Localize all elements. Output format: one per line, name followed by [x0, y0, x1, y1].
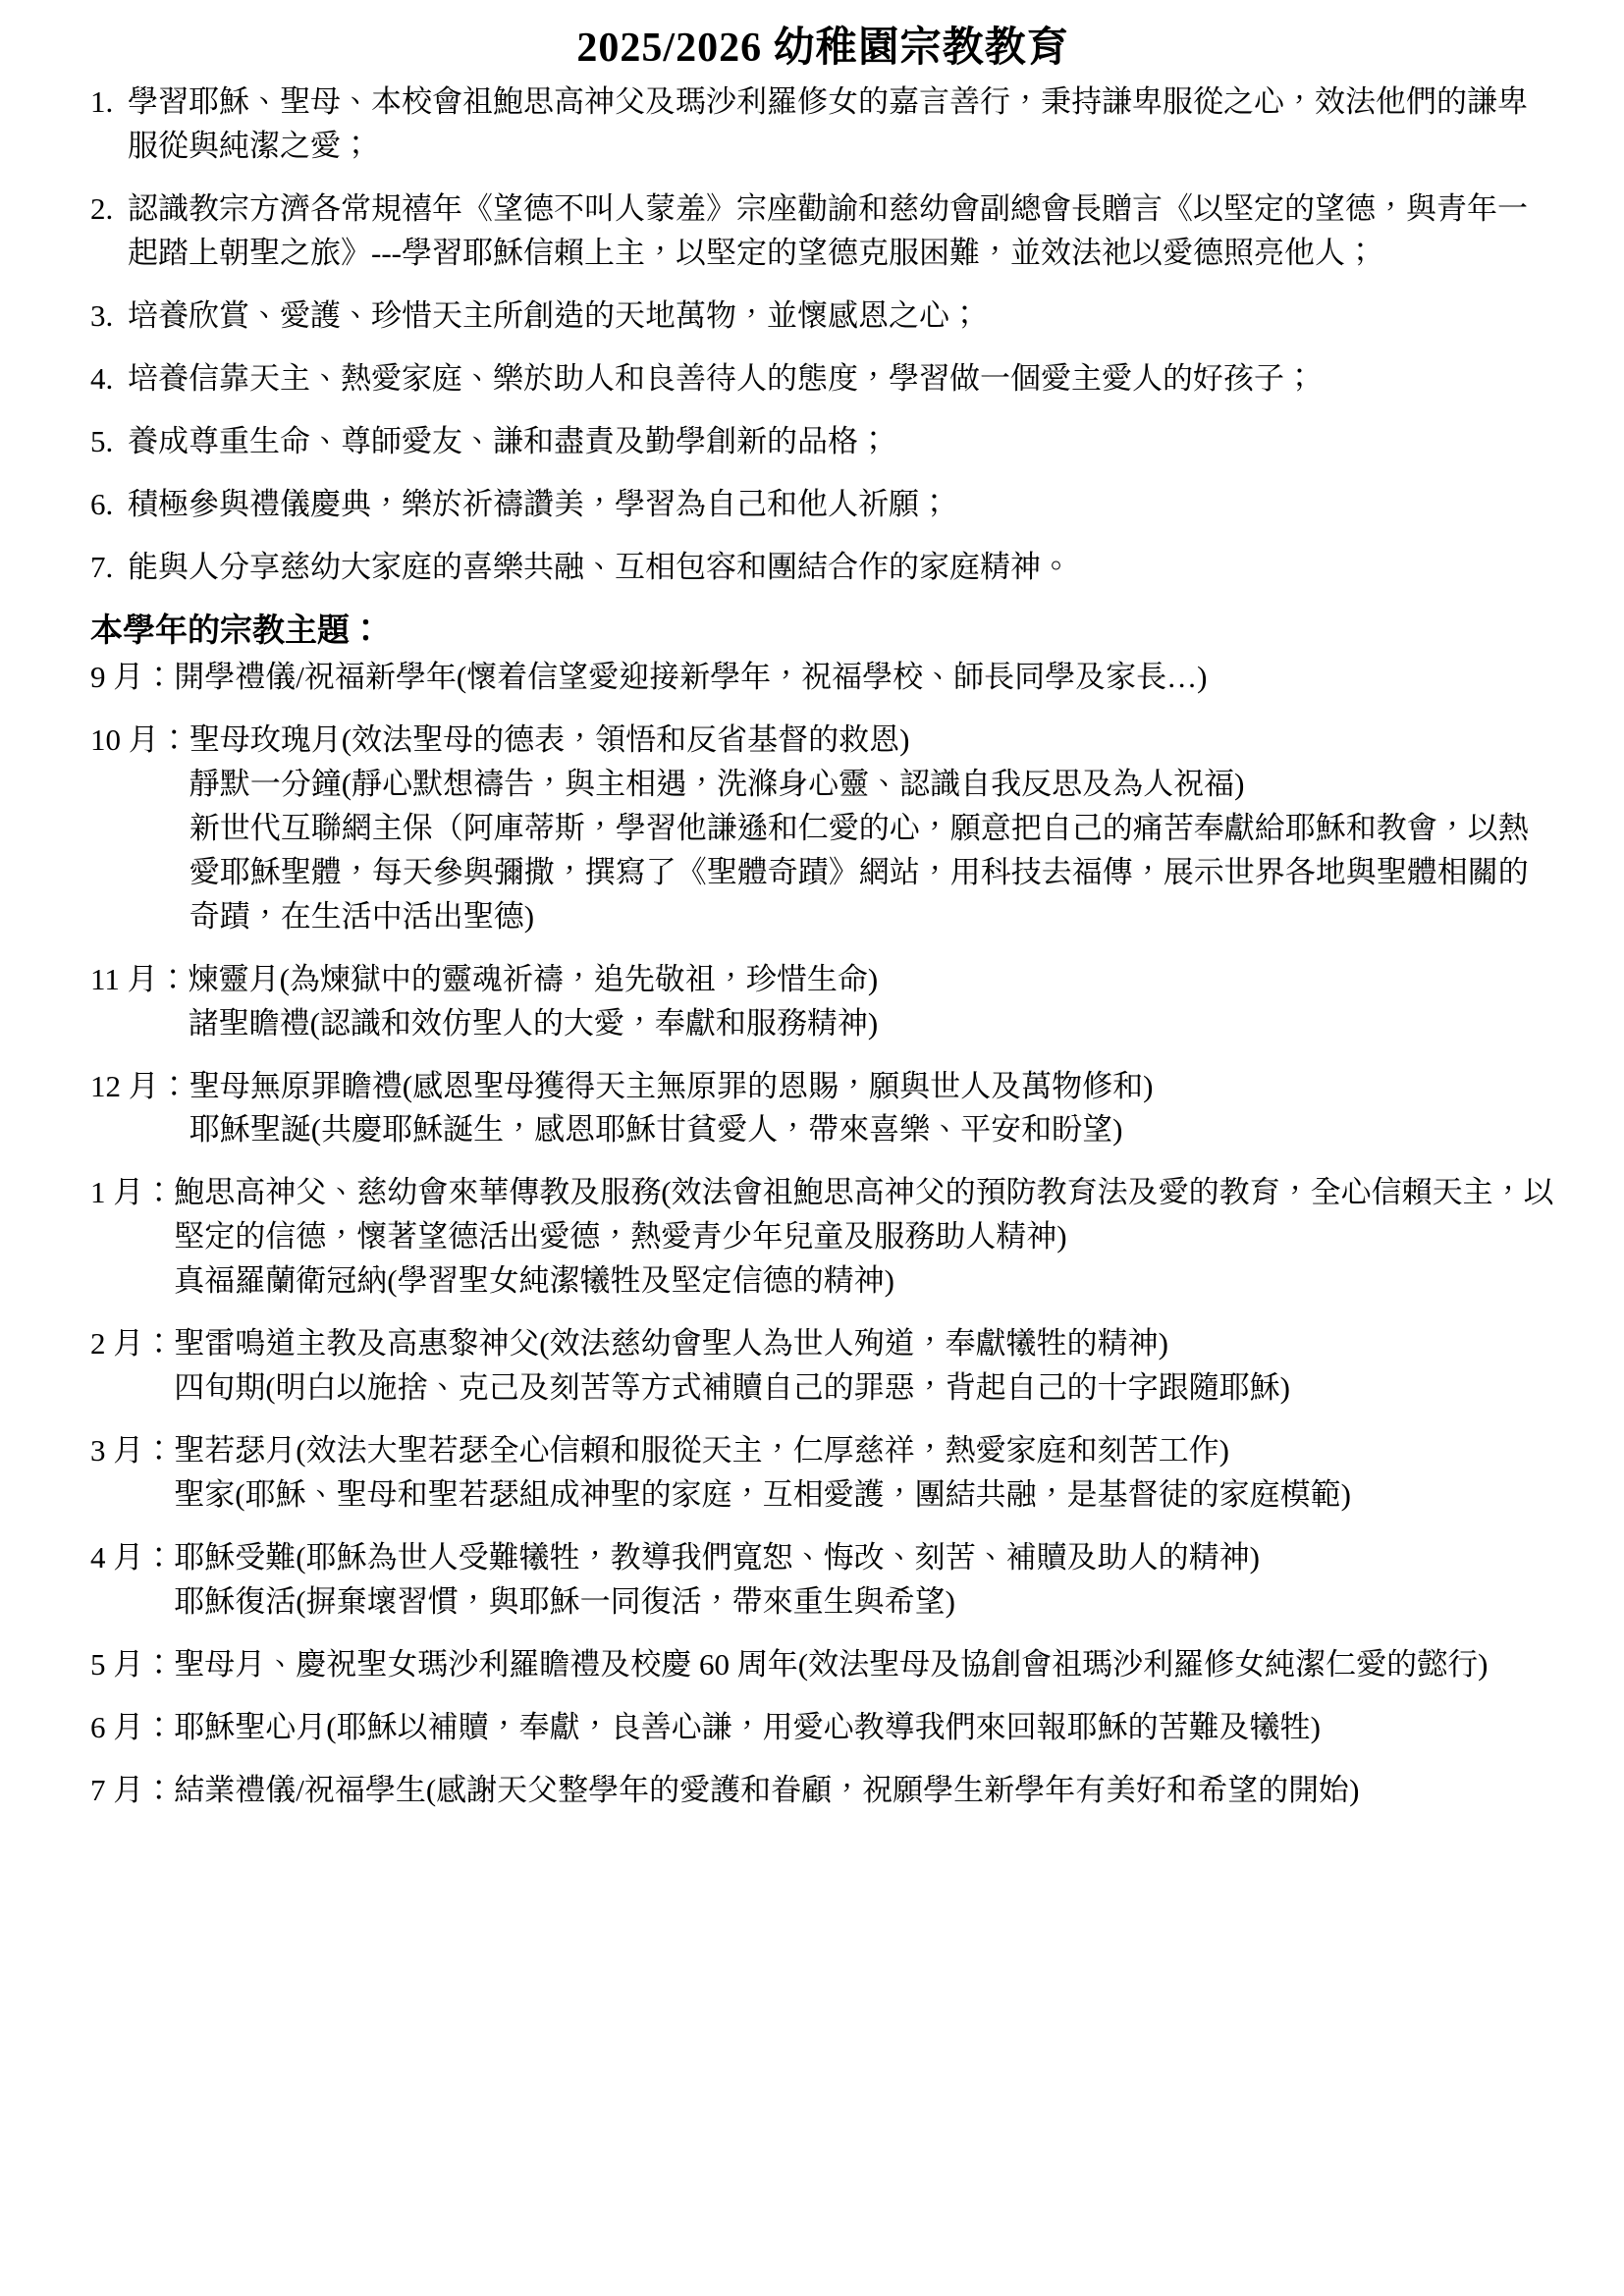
month-entry: 12 月：聖母無原罪瞻禮(感恩聖母獲得天主無原罪的恩賜，願與世人及萬物修和)耶穌… — [90, 1065, 1555, 1153]
objective-text: 學習耶穌、聖母、本校會祖鮑思高神父及瑪沙利羅修女的嘉言善行，秉持謙卑服從之心，效… — [128, 80, 1555, 169]
month-topic: 耶穌復活(摒棄壞習慣，與耶穌一同復活，帶來重生與希望) — [174, 1580, 1555, 1625]
month-topics: 開學禮儀/祝福新學年(懷着信望愛迎接新學年，祝福學校、師長同學及家長…) — [174, 656, 1555, 700]
monthly-themes-list: 9 月：開學禮儀/祝福新學年(懷着信望愛迎接新學年，祝福學校、師長同學及家長…)… — [90, 656, 1555, 1813]
month-label: 6 月： — [90, 1706, 174, 1750]
month-label: 4 月： — [90, 1536, 174, 1580]
month-entry: 7 月：結業禮儀/祝福學生(感謝天父整學年的愛護和眷顧，祝願學生新學年有美好和希… — [90, 1769, 1555, 1813]
objective-item: 3.培養欣賞、愛護、珍惜天主所創造的天地萬物，並懷感恩之心； — [90, 294, 1555, 339]
document-page: 2025/2026 幼稚園宗教教育 1.學習耶穌、聖母、本校會祖鮑思高神父及瑪沙… — [0, 0, 1624, 2296]
objective-item: 2.認識教宗方濟各常規禧年《望德不叫人蒙羞》宗座勸諭和慈幼會副總會長贈言《以堅定… — [90, 187, 1555, 276]
objective-number: 1. — [90, 80, 128, 125]
month-entry: 3 月：聖若瑟月(效法大聖若瑟全心信賴和服從天主，仁厚慈祥，熱愛家庭和刻苦工作)… — [90, 1429, 1555, 1518]
objective-item: 4.培養信靠天主、熱愛家庭、樂於助人和良善待人的態度，學習做一個愛主愛人的好孩子… — [90, 357, 1555, 401]
month-entry: 11 月：煉靈月(為煉獄中的靈魂祈禱，追先敬祖，珍惜生命)諸聖瞻禮(認識和效仿聖… — [90, 958, 1555, 1046]
themes-section-header: 本學年的宗教主題： — [90, 609, 1555, 654]
month-entry: 9 月：開學禮儀/祝福新學年(懷着信望愛迎接新學年，祝福學校、師長同學及家長…) — [90, 656, 1555, 700]
objective-item: 6.積極參與禮儀慶典，樂於祈禱讚美，學習為自己和他人祈願； — [90, 483, 1555, 527]
objective-item: 7.能與人分享慈幼大家庭的喜樂共融、互相包容和團結合作的家庭精神。 — [90, 546, 1555, 590]
objective-number: 3. — [90, 294, 128, 339]
month-topic: 煉靈月(為煉獄中的靈魂祈禱，追先敬祖，珍惜生命) — [189, 958, 1555, 1002]
objective-number: 7. — [90, 546, 128, 590]
objective-text: 培養欣賞、愛護、珍惜天主所創造的天地萬物，並懷感恩之心； — [128, 294, 1555, 339]
month-topic: 聖雷鳴道主教及高惠黎神父(效法慈幼會聖人為世人殉道，奉獻犧牲的精神) — [174, 1322, 1555, 1366]
month-topic: 耶穌聖心月(耶穌以補贖，奉獻，良善心謙，用愛心教導我們來回報耶穌的苦難及犧牲) — [174, 1706, 1555, 1750]
month-topic: 靜默一分鐘(靜心默想禱告，與主相遇，洗滌身心靈、認識自我反思及為人祝福) — [189, 763, 1555, 807]
objective-text: 養成尊重生命、尊師愛友、謙和盡責及勤學創新的品格； — [128, 420, 1555, 464]
month-entry: 1 月：鮑思高神父、慈幼會來華傳教及服務(效法會祖鮑思高神父的預防教育法及愛的教… — [90, 1171, 1555, 1304]
month-topic: 四旬期(明白以施捨、克己及刻苦等方式補贖自己的罪惡，背起自己的十字跟隨耶穌) — [174, 1366, 1555, 1411]
month-label: 5 月： — [90, 1643, 174, 1687]
month-topics: 聖若瑟月(效法大聖若瑟全心信賴和服從天主，仁厚慈祥，熱愛家庭和刻苦工作)聖家(耶… — [174, 1429, 1555, 1518]
month-topic: 聖若瑟月(效法大聖若瑟全心信賴和服從天主，仁厚慈祥，熱愛家庭和刻苦工作) — [174, 1429, 1555, 1473]
month-topics: 聖母無原罪瞻禮(感恩聖母獲得天主無原罪的恩賜，願與世人及萬物修和)耶穌聖誕(共慶… — [189, 1065, 1555, 1153]
month-topic: 聖母玫瑰月(效法聖母的德表，領悟和反省基督的救恩) — [189, 719, 1555, 763]
objective-number: 2. — [90, 187, 128, 232]
page-title: 2025/2026 幼稚園宗教教育 — [90, 24, 1555, 73]
month-topic: 鮑思高神父、慈幼會來華傳教及服務(效法會祖鮑思高神父的預防教育法及愛的教育，全心… — [174, 1171, 1555, 1259]
month-topics: 結業禮儀/祝福學生(感謝天父整學年的愛護和眷顧，祝願學生新學年有美好和希望的開始… — [174, 1769, 1555, 1813]
month-topics: 煉靈月(為煉獄中的靈魂祈禱，追先敬祖，珍惜生命)諸聖瞻禮(認識和效仿聖人的大愛，… — [189, 958, 1555, 1046]
objective-item: 5.養成尊重生命、尊師愛友、謙和盡責及勤學創新的品格； — [90, 420, 1555, 464]
month-topic: 新世代互聯網主保（阿庫蒂斯，學習他謙遜和仁愛的心，願意把自己的痛苦奉獻給耶穌和教… — [189, 807, 1555, 939]
month-entry: 2 月：聖雷鳴道主教及高惠黎神父(效法慈幼會聖人為世人殉道，奉獻犧牲的精神)四旬… — [90, 1322, 1555, 1411]
month-topics: 耶穌聖心月(耶穌以補贖，奉獻，良善心謙，用愛心教導我們來回報耶穌的苦難及犧牲) — [174, 1706, 1555, 1750]
month-topics: 聖母玫瑰月(效法聖母的德表，領悟和反省基督的救恩)靜默一分鐘(靜心默想禱告，與主… — [189, 719, 1555, 939]
month-entry: 10 月：聖母玫瑰月(效法聖母的德表，領悟和反省基督的救恩)靜默一分鐘(靜心默想… — [90, 719, 1555, 939]
month-topics: 聖母月、慶祝聖女瑪沙利羅瞻禮及校慶 60 周年(效法聖母及協創會祖瑪沙利羅修女純… — [174, 1643, 1555, 1687]
objective-number: 4. — [90, 357, 128, 401]
objective-number: 6. — [90, 483, 128, 527]
objective-item: 1.學習耶穌、聖母、本校會祖鮑思高神父及瑪沙利羅修女的嘉言善行，秉持謙卑服從之心… — [90, 80, 1555, 169]
month-topic: 結業禮儀/祝福學生(感謝天父整學年的愛護和眷顧，祝願學生新學年有美好和希望的開始… — [174, 1769, 1555, 1813]
month-topic: 聖母無原罪瞻禮(感恩聖母獲得天主無原罪的恩賜，願與世人及萬物修和) — [189, 1065, 1555, 1109]
objective-text: 能與人分享慈幼大家庭的喜樂共融、互相包容和團結合作的家庭精神。 — [128, 546, 1555, 590]
month-topic: 耶穌聖誕(共慶耶穌誕生，感恩耶穌甘貧愛人，帶來喜樂、平安和盼望) — [189, 1108, 1555, 1152]
objective-number: 5. — [90, 420, 128, 464]
month-label: 9 月： — [90, 656, 174, 700]
objective-text: 培養信靠天主、熱愛家庭、樂於助人和良善待人的態度，學習做一個愛主愛人的好孩子； — [128, 357, 1555, 401]
month-topics: 聖雷鳴道主教及高惠黎神父(效法慈幼會聖人為世人殉道，奉獻犧牲的精神)四旬期(明白… — [174, 1322, 1555, 1411]
month-topic: 真福羅蘭衛冠納(學習聖女純潔犧牲及堅定信德的精神) — [174, 1259, 1555, 1304]
month-topic: 開學禮儀/祝福新學年(懷着信望愛迎接新學年，祝福學校、師長同學及家長…) — [174, 656, 1555, 700]
month-entry: 5 月：聖母月、慶祝聖女瑪沙利羅瞻禮及校慶 60 周年(效法聖母及協創會祖瑪沙利… — [90, 1643, 1555, 1687]
month-entry: 6 月：耶穌聖心月(耶穌以補贖，奉獻，良善心謙，用愛心教導我們來回報耶穌的苦難及… — [90, 1706, 1555, 1750]
objective-text: 認識教宗方濟各常規禧年《望德不叫人蒙羞》宗座勸諭和慈幼會副總會長贈言《以堅定的望… — [128, 187, 1555, 276]
month-topics: 耶穌受難(耶穌為世人受難犧牲，教導我們寬恕、悔改、刻苦、補贖及助人的精神)耶穌復… — [174, 1536, 1555, 1625]
month-label: 11 月： — [90, 958, 189, 1002]
month-topic: 耶穌受難(耶穌為世人受難犧牲，教導我們寬恕、悔改、刻苦、補贖及助人的精神) — [174, 1536, 1555, 1580]
month-topics: 鮑思高神父、慈幼會來華傳教及服務(效法會祖鮑思高神父的預防教育法及愛的教育，全心… — [174, 1171, 1555, 1304]
month-entry: 4 月：耶穌受難(耶穌為世人受難犧牲，教導我們寬恕、悔改、刻苦、補贖及助人的精神… — [90, 1536, 1555, 1625]
month-label: 2 月： — [90, 1322, 174, 1366]
month-topic: 聖母月、慶祝聖女瑪沙利羅瞻禮及校慶 60 周年(效法聖母及協創會祖瑪沙利羅修女純… — [174, 1643, 1555, 1687]
month-label: 3 月： — [90, 1429, 174, 1473]
month-label: 10 月： — [90, 719, 189, 763]
month-label: 7 月： — [90, 1769, 174, 1813]
month-topic: 諸聖瞻禮(認識和效仿聖人的大愛，奉獻和服務精神) — [189, 1002, 1555, 1046]
objectives-list: 1.學習耶穌、聖母、本校會祖鮑思高神父及瑪沙利羅修女的嘉言善行，秉持謙卑服從之心… — [90, 80, 1555, 589]
month-label: 1 月： — [90, 1171, 174, 1215]
objective-text: 積極參與禮儀慶典，樂於祈禱讚美，學習為自己和他人祈願； — [128, 483, 1555, 527]
month-topic: 聖家(耶穌、聖母和聖若瑟組成神聖的家庭，互相愛護，團結共融，是基督徒的家庭模範) — [174, 1473, 1555, 1518]
month-label: 12 月： — [90, 1065, 189, 1109]
